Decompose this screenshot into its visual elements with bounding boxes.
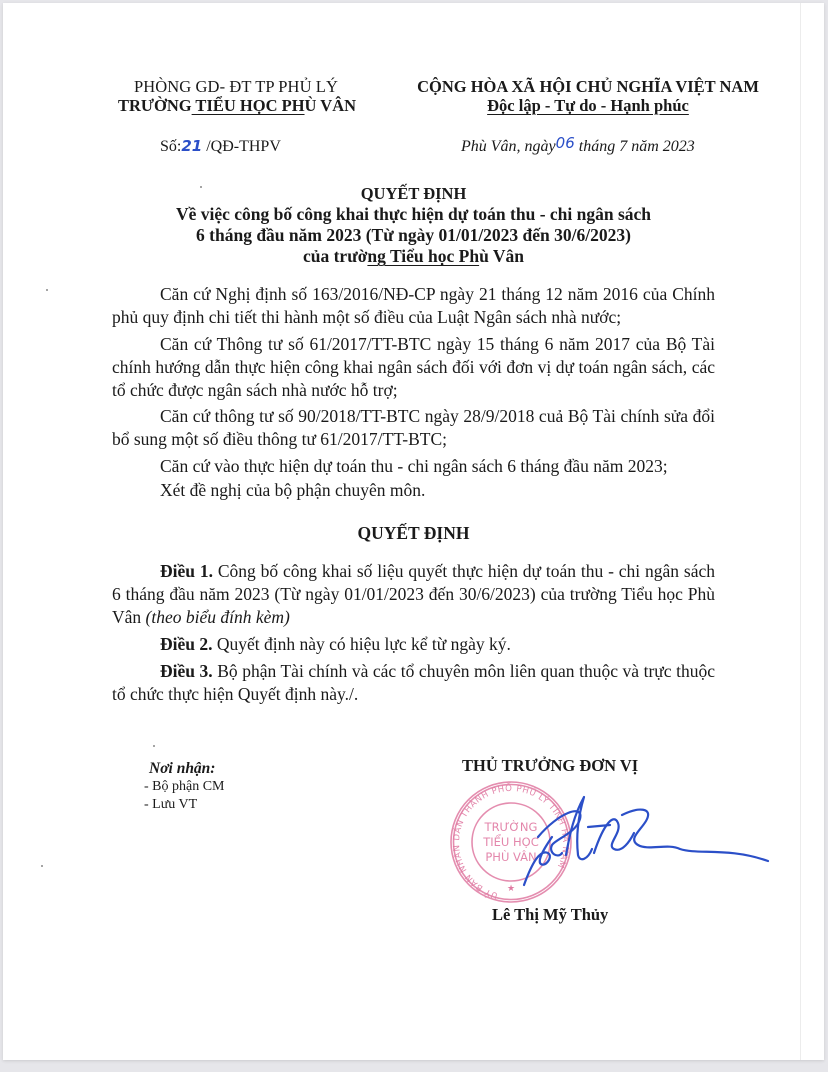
title-subject-line-1: Về việc công bố công khai thực hiện dự t… [3,204,824,225]
school-name: TRƯỜNG TIỂU HỌC PHÙ VÂN [106,96,368,116]
title-line4-suffix: ù Vân [479,246,524,266]
motto: Độc lập - Tự do - Hạnh phúc [403,96,773,116]
doc-number-handwritten: 21 [181,137,202,155]
nation-line: CỘNG HÒA XÃ HỘI CHỦ NGHĨA VIỆT NAM [403,77,773,97]
legal-basis-4: Căn cứ vào thực hiện dự toán thu - chi n… [160,455,720,478]
school-suffix: Ù VÂN [305,96,357,115]
school-prefix: TRƯỜNG [118,96,192,115]
recipient-item: - Bộ phận CM [144,779,225,795]
article-3-label: Điều 3. [160,661,213,681]
decision-heading: QUYẾT ĐỊNH [3,523,824,544]
title-subject-line-3: của trường Tiểu học Phù Vân [3,246,824,267]
motto-text: Độc lập - Tự do - Hạnh phúc [487,96,689,115]
article-1-label: Điều 1. [160,561,213,581]
article-2-text: Quyết định này có hiệu lực kể từ ngày ký… [213,634,511,654]
signature-title: THỦ TRƯỞNG ĐƠN VỊ [462,756,638,776]
legal-basis-2: Căn cứ Thông tư số 61/2017/TT-BTC ngày 1… [112,333,715,402]
article-1: Điều 1. Công bố công khai số liệu quyết … [112,560,715,629]
article-1-note: (theo biểu đính kèm) [146,607,290,627]
recipients-title: Nơi nhận: [149,760,215,778]
scan-speck [46,289,48,291]
document-page: PHÒNG GD- ĐT TP PHỦ LÝ TRƯỜNG TIỂU HỌC P… [3,3,824,1060]
date-place: Phù Vân, ngày [461,138,556,155]
article-2: Điều 2. Quyết định này có hiệu lực kể từ… [112,633,715,656]
title-subject-line-2: 6 tháng đầu năm 2023 (Từ ngày 01/01/2023… [3,225,824,246]
signer-name: Lê Thị Mỹ Thủy [492,905,608,925]
document-number: Số:21 /QĐ-THPV [160,137,281,156]
title-line4-underlined: ng Tiểu học Ph [367,246,479,266]
document-title: QUYẾT ĐỊNH [3,184,824,204]
legal-basis-5: Xét đề nghị của bộ phận chuyên môn. [160,479,720,502]
scan-speck [41,865,43,867]
date-rest: tháng 7 năm 2023 [575,138,695,155]
svg-text:★: ★ [507,884,515,894]
doc-number-prefix: Số: [160,138,181,155]
doc-number-suffix: /QĐ-THPV [202,138,281,155]
agency-line: PHÒNG GD- ĐT TP PHỦ LÝ [120,77,352,97]
title-line4-prefix: của trườ [303,246,367,266]
date-line: Phù Vân, ngày06 tháng 7 năm 2023 [461,137,695,156]
article-3: Điều 3. Bộ phận Tài chính và các tổ chuy… [112,660,715,706]
school-name-underlined: TIỂU HỌC PH [192,96,305,115]
scan-speck [153,745,155,747]
legal-basis-1: Căn cứ Nghị định số 163/2016/NĐ-CP ngày … [112,283,715,329]
article-2-label: Điều 2. [160,634,213,654]
legal-basis-3: Căn cứ thông tư số 90/2018/TT-BTC ngày 2… [112,405,715,451]
handwritten-signature-icon [518,793,773,893]
scan-speck [200,186,202,188]
recipient-item: - Lưu VT [144,797,197,813]
date-day-handwritten: 06 [556,134,575,152]
